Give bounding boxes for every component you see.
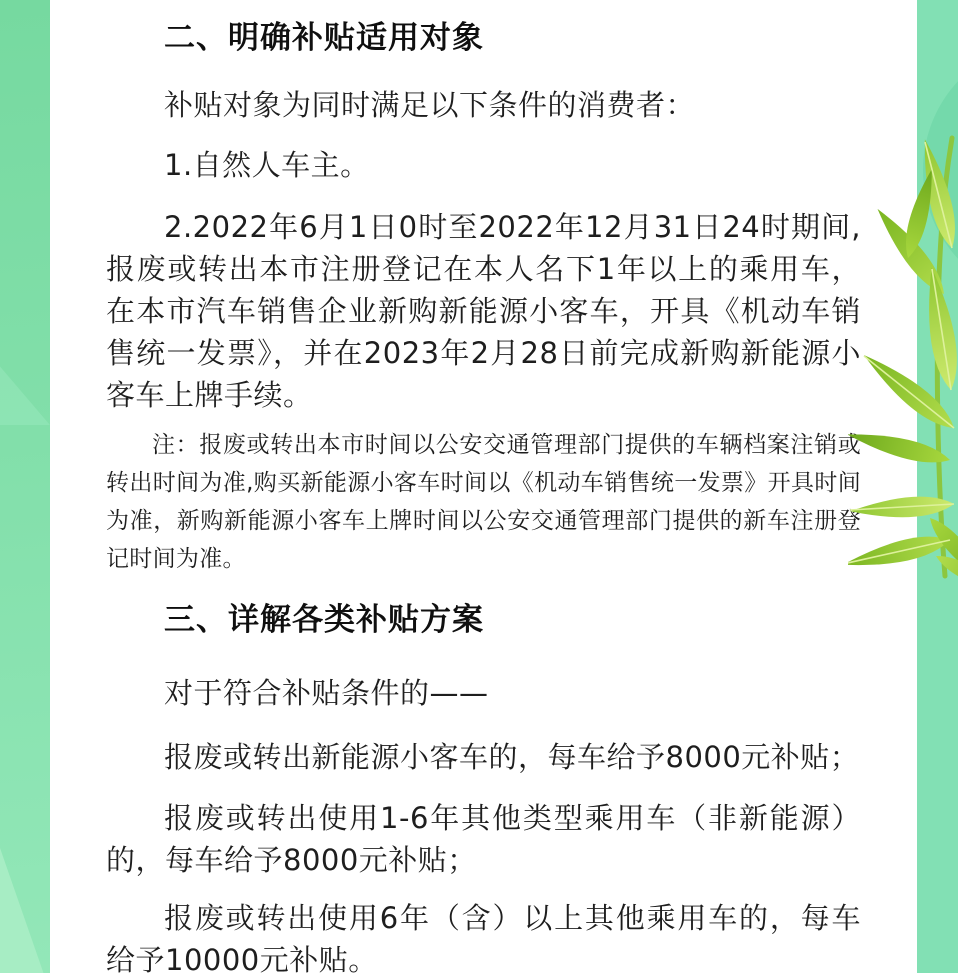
right-strip-circle-shade [923,40,958,300]
article-page: { "theme": { "card_bg": "#ffffff", "side… [0,0,958,973]
section3-plan3: 报废或转出使用6年（含）以上其他乘用车的，每车给予10000元补贴。 [106,897,861,973]
section2-note: 注：报废或转出本市时间以公安交通管理部门提供的车辆档案注销或转出时间为准,购买新… [106,426,861,578]
section2-item2: 2.2022年6月1日0时至2022年12月31日24时期间,报废或转出本市注册… [106,206,861,416]
section3-plan1: 报废或转出新能源小客车的，每车给予8000元补贴； [106,736,861,778]
section3-intro: 对于符合补贴条件的—— [106,672,861,714]
section2-item1: 1.自然人车主。 [106,144,861,186]
content-card: 二、明确补贴适用对象 补贴对象为同时满足以下条件的消费者： 1.自然人车主。 2… [50,0,917,973]
right-green-strip [917,0,958,973]
left-strip-light-wedge-bottom [0,848,50,973]
section2-heading: 二、明确补贴适用对象 [106,20,861,57]
section3-heading: 三、详解各类补贴方案 [106,602,861,639]
section2-intro: 补贴对象为同时满足以下条件的消费者： [106,84,861,126]
left-green-strip [0,0,50,973]
left-strip-light-wedge-mid [0,335,50,425]
section3-plan2: 报废或转出使用1-6年其他类型乘用车（非新能源）的，每车给予8000元补贴； [106,797,861,881]
